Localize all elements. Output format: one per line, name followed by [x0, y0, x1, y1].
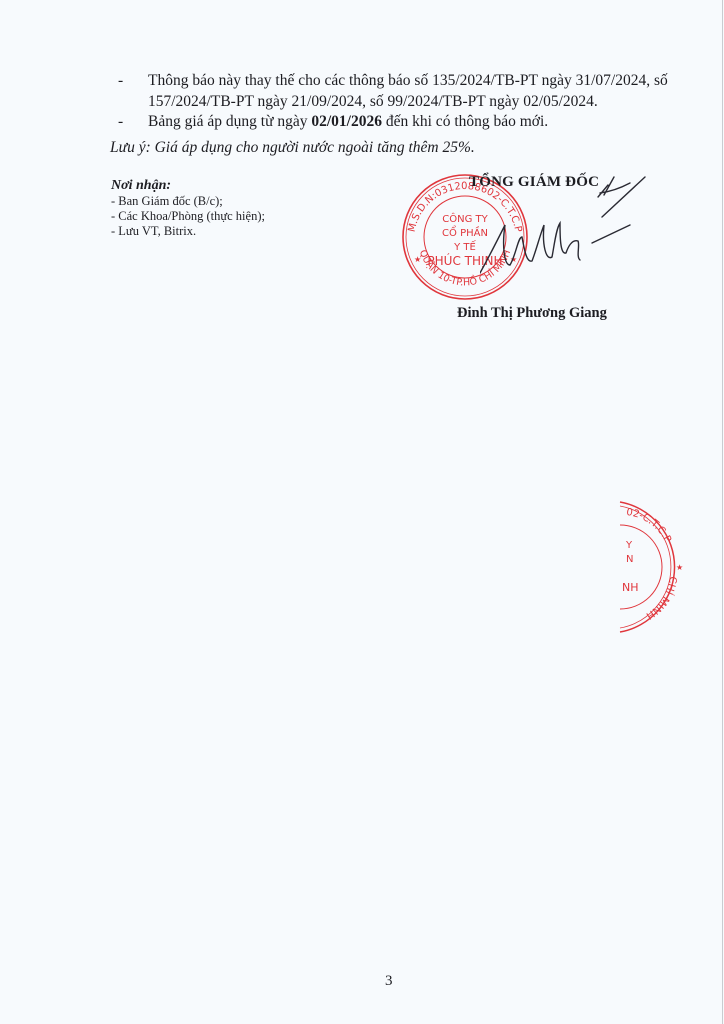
recipients-block: Nơi nhận: - Ban Giám đốc (B/c); - Các Kh… [111, 178, 265, 239]
bullet-suffix: đến khi có thông báo mới. [382, 113, 548, 130]
effective-date: 02/01/2026 [311, 113, 382, 130]
recipient-item: - Lưu VT, Bitrix. [111, 224, 265, 239]
page-edge [722, 0, 723, 1024]
handwritten-signature [480, 165, 650, 285]
recipient-item: - Ban Giám đốc (B/c); [111, 194, 265, 209]
svg-text:02-C.T.C.P: 02-C.T.C.P [626, 507, 673, 544]
bullet-prefix: Bảng giá áp dụng từ ngày [148, 113, 311, 130]
recipients-heading: Nơi nhận: [111, 178, 265, 193]
partial-stamp-letter: N [626, 554, 633, 565]
partial-stamp-letter: Y [625, 540, 633, 551]
partial-stamp-letter: NH [622, 581, 639, 594]
bullet-text: Thông báo này thay thế cho các thông báo… [148, 70, 688, 112]
stamp-line-3: Y TẾ [453, 239, 476, 253]
bullet-dash: - [118, 70, 123, 91]
bullet-dash: - [118, 111, 123, 132]
partial-stamp-top: 02-C.T.C.P [626, 507, 673, 544]
svg-text:★: ★ [414, 255, 421, 264]
page-number: 3 [385, 973, 393, 990]
partial-stamp-margin: 02-C.T.C.P CHÍ MINH ★ Y N NH [560, 490, 690, 640]
bullet-text: Bảng giá áp dụng từ ngày 02/01/2026 đến … [148, 111, 688, 132]
svg-text:CHÍ MINH: CHÍ MINH [644, 576, 678, 621]
foreigner-note: Lưu ý: Giá áp dụng cho người nước ngoài … [110, 139, 475, 157]
partial-stamp-bottom: CHÍ MINH [644, 576, 678, 621]
recipient-item: - Các Khoa/Phòng (thực hiện); [111, 209, 265, 224]
signer-name: Đinh Thị Phương Giang [457, 305, 607, 322]
svg-text:★: ★ [676, 563, 683, 572]
